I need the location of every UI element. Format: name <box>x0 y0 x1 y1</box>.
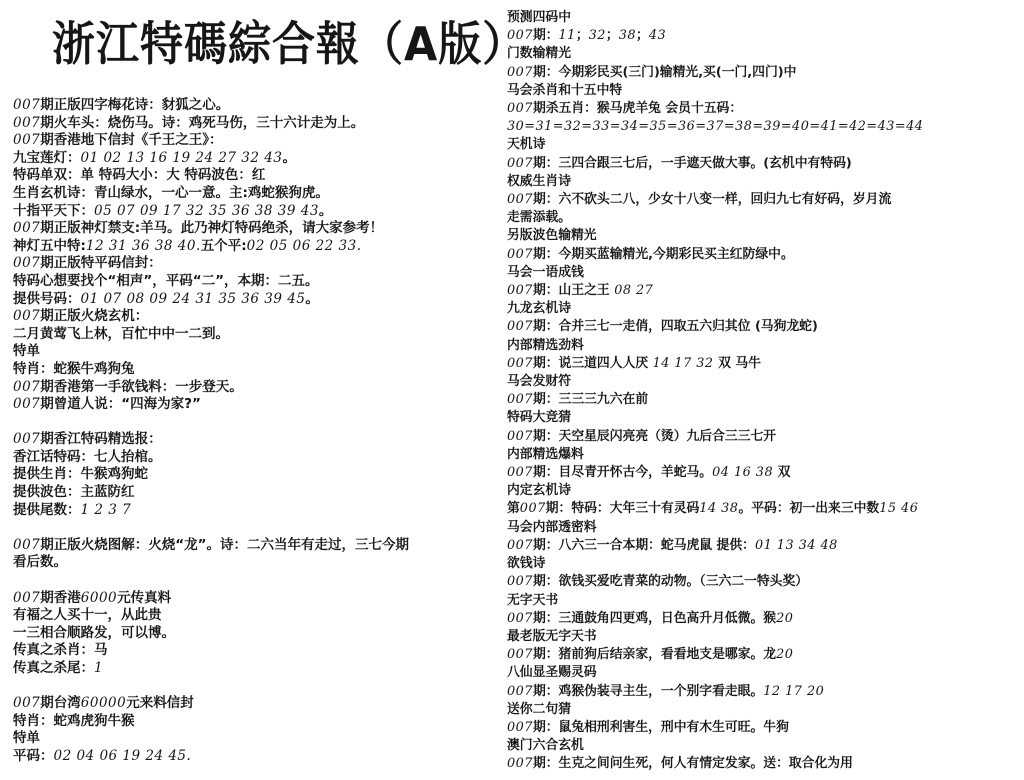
text-line: 一三相合顺路发，可以博。 <box>13 625 507 643</box>
number-run: 15 46 <box>879 501 918 516</box>
text-line: 007期：欲钱买爱吃青菜的动物。（三六二一特头奖） <box>507 573 1019 591</box>
text-line: 007期杀五肖：猴马虎羊兔 会员十五码： <box>507 100 1019 118</box>
blank-line <box>13 519 507 537</box>
number-run: 60000 <box>81 695 126 711</box>
text-line: 007期正版特平码信封： <box>13 255 507 273</box>
text-line: 十指平天下：05 07 09 17 32 35 36 38 39 43。 <box>13 203 507 221</box>
text-line: 007期：三通鼓角四更鸡，日色高升月低微。猴20 <box>507 610 1019 628</box>
blank-line <box>13 572 507 590</box>
newspaper-page: 浙江特碼綜合報（A版） 007期正版四字梅花诗：豺狐之心。007期火车头：烧伤马… <box>0 0 1024 780</box>
text-line: 007期：鼠兔相刑利害生，刑中有木生可旺。牛狗 <box>507 719 1019 737</box>
number-run: 007 <box>507 156 533 171</box>
number-run: 6000 <box>81 590 117 606</box>
number-run: 1 2 3 7 <box>81 502 132 518</box>
text-line: 提供号码：01 07 08 09 24 31 35 36 39 45。 <box>13 291 507 309</box>
number-run: 007 <box>13 695 40 711</box>
text-line: 传真之杀肖：马 <box>13 642 507 660</box>
number-run: 01 02 13 16 19 24 27 32 43 <box>81 150 283 166</box>
number-run: 02 05 06 22 33. <box>247 238 362 254</box>
number-run: 007 <box>13 537 40 553</box>
text-line: 马会发财符 <box>507 373 1019 391</box>
text-line: 007期：目尽青开怀古今，羊蛇马。04 16 38 双 <box>507 464 1019 482</box>
text-line: 有福之人买十一，从此贵 <box>13 607 507 625</box>
text-line: 内部精选爆料 <box>507 446 1019 464</box>
text-line: 最老版无字天书 <box>507 628 1019 646</box>
text-line: 提供波色：主蓝防红 <box>13 484 507 502</box>
number-run: 007 <box>507 647 533 662</box>
number-run: 01 07 08 09 24 31 35 36 39 45 <box>81 291 306 307</box>
text-line: 权威生肖诗 <box>507 173 1019 191</box>
number-run: 38 <box>619 28 636 43</box>
number-run: 11 <box>559 28 576 43</box>
text-line: 007期：鸡猴伪装寻主生，一个别字看走眼。12 17 20 <box>507 683 1019 701</box>
number-run: 007 <box>13 308 40 324</box>
right-column: 预测四码中007期：11；32；38；43门数输精光007期：今期彩民买(三门)… <box>507 9 1019 774</box>
number-run: 12 31 36 38 40. <box>86 238 201 254</box>
number-run: 007 <box>13 97 40 113</box>
text-line: 007期正版火烧图解：火烧“龙”。诗：二六当年有走过，三七今期 <box>13 537 507 555</box>
text-line: 提供尾数：1 2 3 7 <box>13 502 507 520</box>
text-line: 007期：六不砍头二八，少女十八变一样，回归九七有好码，岁月流 <box>507 191 1019 209</box>
text-line: 007期香港第一手欲钱料：一步登天。 <box>13 379 507 397</box>
text-line: 30=31=32=33=34=35=36=37=38=39=40=41=42=4… <box>507 118 1019 136</box>
text-line: 007期：11；32；38；43 <box>507 27 1019 45</box>
number-run: 20 <box>776 647 793 662</box>
number-run: 007 <box>520 501 546 516</box>
text-line: 007期香港地下信封《千王之王》： <box>13 132 507 150</box>
text-line: 九宝莲灯：01 02 13 16 19 24 27 32 43。 <box>13 150 507 168</box>
number-run: 04 16 38 <box>712 465 778 480</box>
text-line: 007期正版神灯禁支:羊马。此乃神灯特码绝杀，请大家参考！ <box>13 220 507 238</box>
text-line: 生肖玄机诗：青山绿水，一心一意。主:鸡蛇猴狗虎。 <box>13 185 507 203</box>
number-run: 007 <box>507 720 533 735</box>
text-line: 二月黄莺飞上林，百忙中中一二到。 <box>13 326 507 344</box>
number-run: 007 <box>507 356 533 371</box>
number-run: 007 <box>507 283 533 298</box>
number-run: 007 <box>507 101 533 116</box>
text-line: 走需添载。 <box>507 209 1019 227</box>
number-run: 007 <box>13 132 40 148</box>
number-run: 007 <box>507 319 533 334</box>
text-line: 007期：天空星辰闪亮亮（烫）九后合三三七开 <box>507 428 1019 446</box>
number-run: 007 <box>507 65 533 80</box>
number-run: 007 <box>507 538 533 553</box>
text-line: 007期正版四字梅花诗：豺狐之心。 <box>13 97 507 115</box>
number-run: 14 38 <box>699 501 738 516</box>
text-line: 007期正版火烧玄机： <box>13 308 507 326</box>
number-run: 007 <box>13 431 40 447</box>
text-line: 香江话特码：七人抬棺。 <box>13 449 507 467</box>
text-line: 看后数。 <box>13 554 507 572</box>
number-run: 007 <box>13 590 40 606</box>
number-run: 12 17 20 <box>763 684 824 699</box>
text-line: 九龙玄机诗 <box>507 300 1019 318</box>
number-run: 01 13 34 48 <box>755 538 838 553</box>
text-line: 特肖：蛇猴牛鸡狗兔 <box>13 361 507 379</box>
text-line: 内定玄机诗 <box>507 482 1019 500</box>
text-line: 马会内部透密料 <box>507 519 1019 537</box>
number-run: 007 <box>507 611 533 626</box>
blank-line <box>13 414 507 432</box>
number-run: 14 17 32 <box>653 356 719 371</box>
text-line: 007期：猪前狗后结亲家，看看地支是哪家。龙20 <box>507 646 1019 664</box>
number-run: 007 <box>507 429 533 444</box>
number-run: 007 <box>507 756 533 771</box>
text-line: 007期：说三道四人人厌 14 17 32 双 马牛 <box>507 355 1019 373</box>
text-line: 无字天书 <box>507 592 1019 610</box>
number-run: 007 <box>13 255 40 271</box>
number-run: 007 <box>13 115 40 131</box>
blank-line <box>13 678 507 696</box>
number-run: 43 <box>649 28 666 43</box>
page-title: 浙江特碼綜合報（A版） <box>52 8 492 74</box>
text-line: 007期：今期买蓝输精光,今期彩民买主红防绿中。 <box>507 246 1019 264</box>
text-line: 传真之杀尾：1 <box>13 660 507 678</box>
text-line: 内部精选劲料 <box>507 337 1019 355</box>
text-line: 特码大竞猜 <box>507 409 1019 427</box>
text-line: 神灯五中特:12 31 36 38 40.五个平:02 05 06 22 33. <box>13 238 507 256</box>
text-line: 第007期：特码：大年三十有灵码14 38。平码：初一出来三中数15 46 <box>507 500 1019 518</box>
text-line: 特肖：蛇鸡虎狗牛猴 <box>13 713 507 731</box>
text-line: 天机诗 <box>507 136 1019 154</box>
number-run: 007 <box>13 220 40 236</box>
number-run: 007 <box>507 192 533 207</box>
text-line: 八仙显圣赐灵码 <box>507 664 1019 682</box>
number-run: 05 07 09 17 32 35 36 38 39 43 <box>94 203 319 219</box>
text-line: 马会杀肖和十五中特 <box>507 82 1019 100</box>
text-line: 007期：生克之间问生死，何人有情定发家。送：取合化为用 <box>507 755 1019 773</box>
number-run: 007 <box>507 28 533 43</box>
number-run: 08 27 <box>614 283 653 298</box>
number-run: 02 04 06 19 24 45. <box>54 748 192 764</box>
number-run: 20 <box>776 611 793 626</box>
number-run: 007 <box>507 247 533 262</box>
number-run: 007 <box>13 396 40 412</box>
text-line: 007期香港6000元传真料 <box>13 590 507 608</box>
number-run: 1 <box>94 660 103 676</box>
number-run: 007 <box>507 684 533 699</box>
number-run: 007 <box>13 379 40 395</box>
text-line: 007期：三四合跟三七后，一手遮天做大事。(玄机中有特码) <box>507 155 1019 173</box>
text-line: 007期：八六三一合本期：蛇马虎鼠 提供：01 13 34 48 <box>507 537 1019 555</box>
text-line: 欲钱诗 <box>507 555 1019 573</box>
text-line: 马会一语成钱 <box>507 264 1019 282</box>
text-line: 澳门六合玄机 <box>507 737 1019 755</box>
number-run: 32 <box>589 28 606 43</box>
text-line: 007期：三三三九六在前 <box>507 391 1019 409</box>
number-run: 007 <box>507 392 533 407</box>
text-line: 特单 <box>13 343 507 361</box>
text-line: 预测四码中 <box>507 9 1019 27</box>
text-line: 007期香江特码精选报： <box>13 431 507 449</box>
text-line: 特码单双：单 特码大小：大 特码波色：红 <box>13 167 507 185</box>
text-line: 007期火车头：烧伤马。诗：鸡死马伤，三十六计走为上。 <box>13 115 507 133</box>
left-column: 007期正版四字梅花诗：豺狐之心。007期火车头：烧伤马。诗：鸡死马伤，三十六计… <box>13 97 507 766</box>
text-line: 提供生肖：牛猴鸡狗蛇 <box>13 466 507 484</box>
text-line: 平码：02 04 06 19 24 45. <box>13 748 507 766</box>
text-line: 特码心想要找个“相声”，平码“二”，本期：二五。 <box>13 273 507 291</box>
text-line: 007期：山王之王 08 27 <box>507 282 1019 300</box>
text-line: 另版波色输精光 <box>507 227 1019 245</box>
text-line: 送你二句猜 <box>507 701 1019 719</box>
text-line: 007期：今期彩民买(三门)输精光,买(一门,四门)中 <box>507 64 1019 82</box>
number-run: 007 <box>507 574 533 589</box>
number-run: 007 <box>507 465 533 480</box>
text-line: 007期：合并三七一走俏，四取五六归其位 (马狗龙蛇) <box>507 318 1019 336</box>
text-line: 门数输精光 <box>507 45 1019 63</box>
number-run: 30=31=32=33=34=35=36=37=38=39=40=41=42=4… <box>507 119 923 134</box>
text-line: 特单 <box>13 730 507 748</box>
text-line: 007期曾道人说：“四海为家?” <box>13 396 507 414</box>
text-line: 007期台湾60000元来料信封 <box>13 695 507 713</box>
